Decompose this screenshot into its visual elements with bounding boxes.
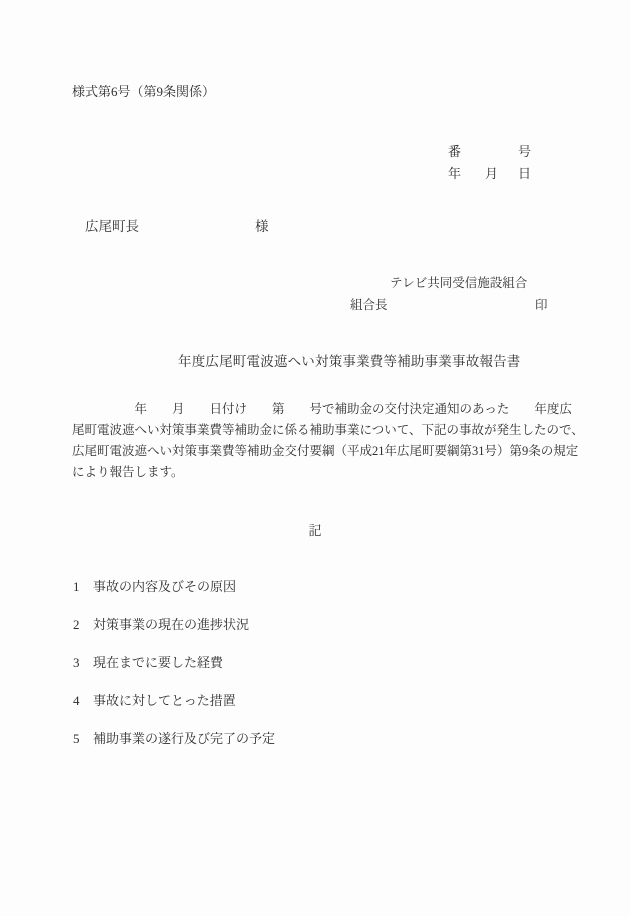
list-item-number: 1 — [73, 579, 93, 595]
document-title: 年度広尾町電波遮へい対策事業費等補助事業事故報告書 — [178, 350, 521, 370]
list-item: 2対策事業の現在の進捗状況 — [73, 614, 249, 633]
date-label-day: 日 — [518, 163, 531, 182]
body-line: により報告します。 — [72, 462, 572, 483]
date-label-year: 年 — [448, 163, 461, 182]
addressee-honorific: 様 — [255, 215, 269, 235]
list-item-number: 4 — [73, 693, 93, 709]
list-item-text: 現在までに要した経費 — [93, 655, 223, 670]
form-number: 様式第6号（第9条関係） — [72, 81, 215, 100]
list-item: 3現在までに要した経費 — [73, 652, 223, 671]
document-number-label-ban: 番 — [448, 141, 461, 160]
sender-seal-mark: 印 — [535, 295, 548, 313]
document-number-label-go: 号 — [518, 141, 531, 160]
list-item: 4事故に対してとった措置 — [73, 690, 236, 709]
sender-organization: テレビ共同受信施設組合 — [390, 273, 527, 291]
list-item-number: 5 — [73, 731, 93, 747]
list-item-number: 2 — [73, 617, 93, 633]
accident-report-form-page: 様式第6号（第9条関係） 番 号 年 月 日 広尾町長 様 テレビ共同受信施設組… — [0, 0, 630, 916]
list-item: 1事故の内容及びその原因 — [73, 576, 236, 595]
body-line: 広尾町電波遮へい対策事業費等補助金交付要綱（平成21年広尾町要綱第31号）第9条… — [72, 441, 572, 462]
list-item-text: 補助事業の遂行及び完了の予定 — [93, 731, 275, 746]
record-marker: 記 — [0, 520, 630, 539]
body-line: 年 月 日付け 第 号で補助金の交付決定通知のあった 年度広 — [72, 399, 572, 420]
addressee-name: 広尾町長 — [85, 215, 139, 235]
list-item-number: 3 — [73, 655, 93, 671]
date-label-month: 月 — [485, 163, 498, 182]
list-item-text: 対策事業の現在の進捗状況 — [93, 617, 249, 632]
list-item-text: 事故に対してとった措置 — [93, 693, 236, 708]
list-item: 5補助事業の遂行及び完了の予定 — [73, 728, 275, 747]
sender-title: 組合長 — [350, 295, 388, 313]
body-line: 尾町電波遮へい対策事業費等補助金に係る補助事業について、下記の事故が発生したので… — [72, 420, 572, 441]
body-paragraph: 年 月 日付け 第 号で補助金の交付決定通知のあった 年度広 尾町電波遮へい対策… — [72, 399, 572, 483]
list-item-text: 事故の内容及びその原因 — [93, 579, 236, 594]
